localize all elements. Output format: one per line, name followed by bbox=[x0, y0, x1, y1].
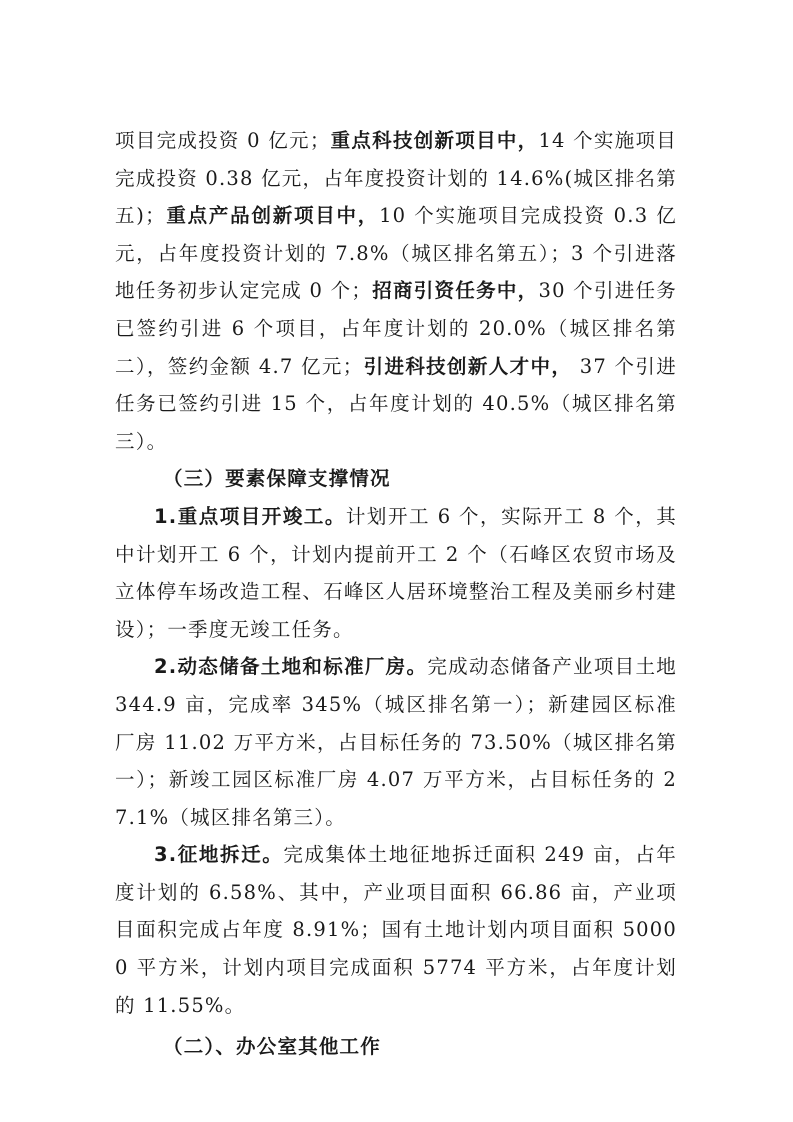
item-key-projects: 1.重点项目开竣工。计划开工 6 个，实际开工 8 个，其中计划开工 6 个，计… bbox=[115, 498, 677, 648]
item-title: 1.重点项目开竣工。 bbox=[154, 505, 346, 528]
item-body: 完成集体土地征地拆迁面积 249 亩，占年度计划的 6.58%、其中，产业项目面… bbox=[115, 843, 677, 1016]
item-title: 3.征地拆迁。 bbox=[154, 843, 283, 866]
bold-label-tech-innovation: 重点科技创新项目中， bbox=[331, 129, 539, 152]
bold-label-talent: 引进科技创新人才中， bbox=[363, 355, 572, 378]
text-span: 项目完成投资 0 亿元； bbox=[115, 129, 331, 152]
item-body: 完成动态储备产业项目土地 344.9 亩，完成率 345%（城区排名第一）；新建… bbox=[115, 655, 677, 828]
document-page: 项目完成投资 0 亿元；重点科技创新项目中，14 个实施项目完成投资 0.38 … bbox=[115, 122, 677, 1066]
bold-label-investment-attraction: 招商引资任务中， bbox=[372, 279, 538, 302]
item-title: 2.动态储备土地和标准厂房。 bbox=[154, 655, 427, 678]
section-heading-office-work: （二）、办公室其他工作 bbox=[115, 1028, 677, 1066]
investment-paragraph: 项目完成投资 0 亿元；重点科技创新项目中，14 个实施项目完成投资 0.38 … bbox=[115, 122, 677, 460]
item-land-acquisition: 3.征地拆迁。完成集体土地征地拆迁面积 249 亩，占年度计划的 6.58%、其… bbox=[115, 836, 677, 1024]
bold-label-product-innovation: 重点产品创新项目中， bbox=[166, 204, 379, 227]
item-land-reserve: 2.动态储备土地和标准厂房。完成动态储备产业项目土地 344.9 亩，完成率 3… bbox=[115, 648, 677, 836]
section-heading-factor-support: （三）要素保障支撑情况 bbox=[115, 460, 677, 498]
